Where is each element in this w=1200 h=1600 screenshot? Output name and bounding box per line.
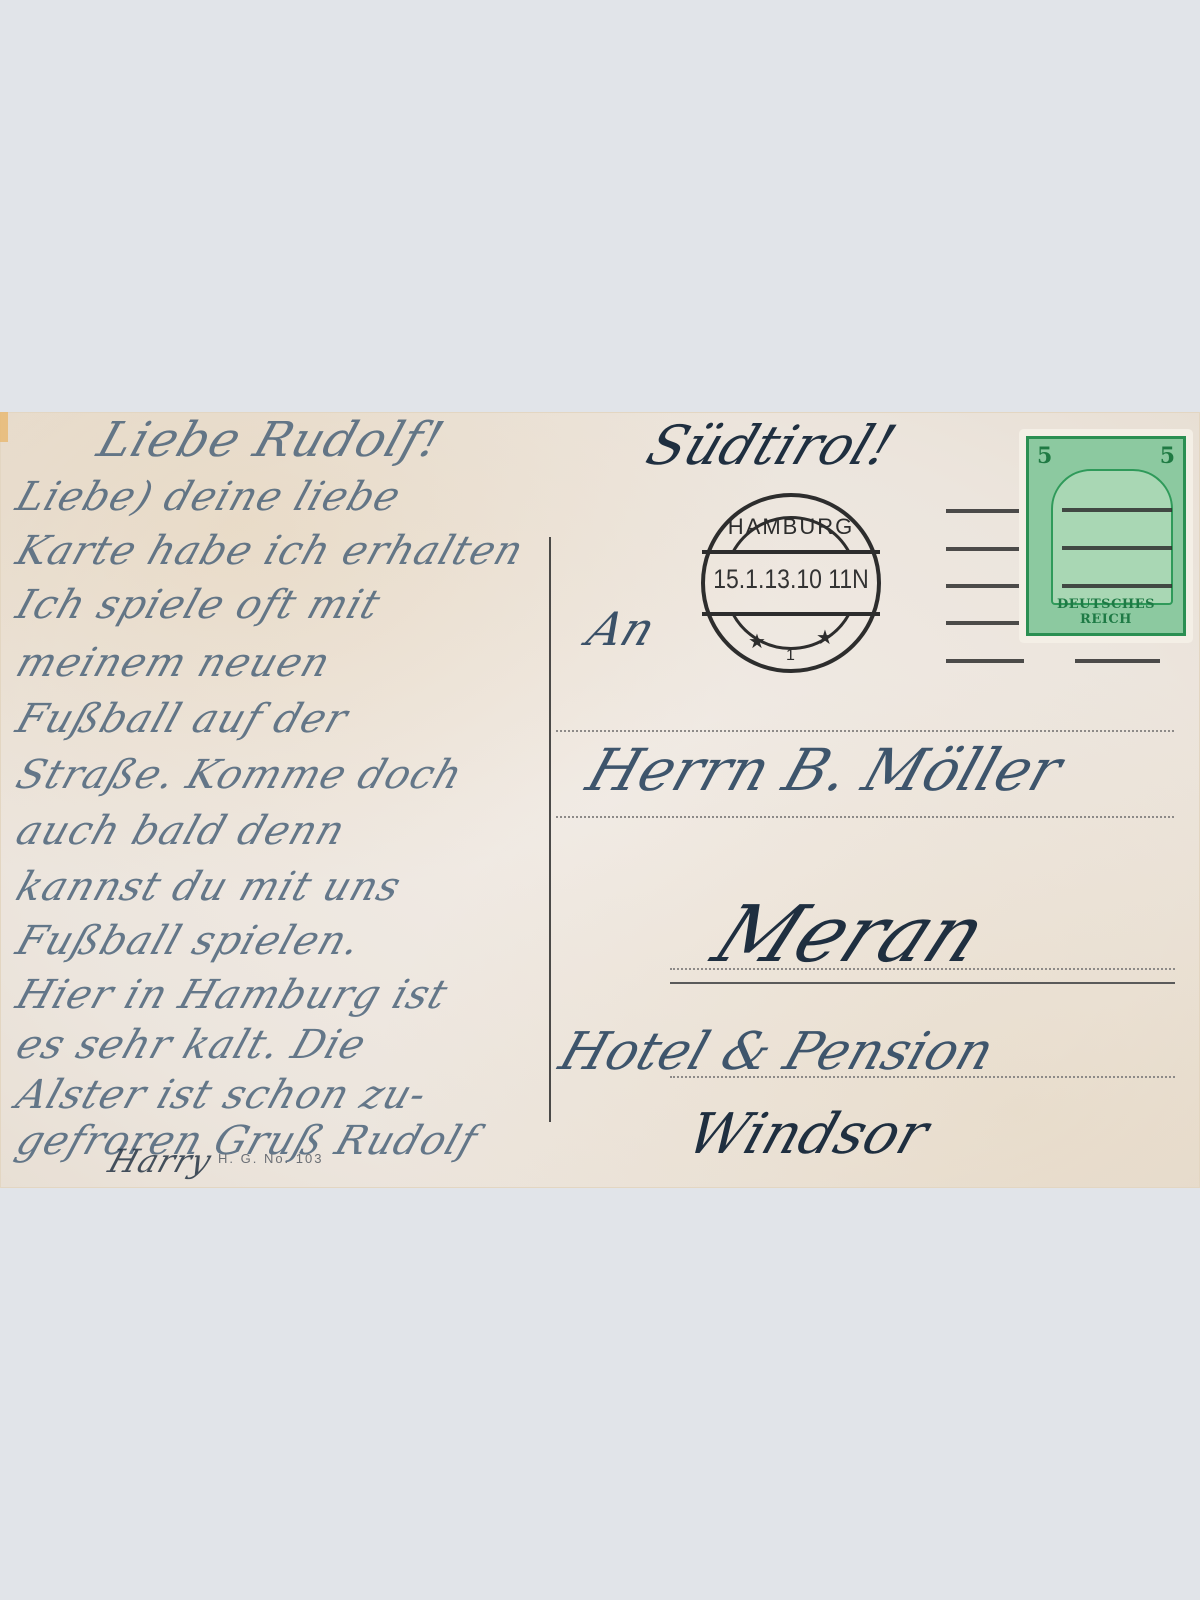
postmark-city: HAMBURG [728, 514, 854, 539]
message-line: Karte habe ich erhalten [11, 528, 530, 574]
city-name: Meran [700, 890, 1000, 980]
address-prefix: An [580, 602, 663, 656]
postmark-date: 15.1.13.10 11N [688, 564, 894, 595]
stamp-value-right: 5 [1160, 443, 1175, 469]
postage-stamp: 5 5 DEUTSCHES REICH [1022, 432, 1190, 640]
message-line: Hier in Hamburg ist [11, 972, 454, 1018]
star-icon: ★ [748, 629, 766, 653]
address-line-2 [556, 816, 1174, 818]
address-line-1 [556, 730, 1174, 732]
message-line: Ich spiele oft mit [11, 582, 387, 628]
recipient-name: Herrn B. Möller [579, 736, 1070, 804]
stamp-caption: DEUTSCHES REICH [1029, 597, 1183, 627]
street-name: Windsor [679, 1102, 936, 1167]
center-divider [549, 537, 551, 1122]
message-line: meinem neuen [11, 640, 337, 686]
message-signature: Harry [104, 1142, 217, 1180]
message-line: Fußball spielen. [11, 918, 367, 964]
message-line: Straße. Komme doch [11, 752, 469, 798]
address-line-3 [670, 968, 1175, 970]
postmark-district: 1 [786, 647, 795, 664]
stamp-value-left: 5 [1037, 443, 1052, 469]
region-heading: Südtirol! [639, 414, 905, 477]
message-line: es sehr kalt. Die [11, 1022, 373, 1068]
publisher-imprint: H. G. No. 103 [218, 1151, 323, 1166]
message-line: auch bald denn [11, 808, 352, 854]
postcard-back: Liebe Rudolf! Liebe) deine liebe Karte h… [0, 412, 1200, 1188]
city-underline [670, 982, 1175, 984]
star-icon: ★ [816, 625, 834, 649]
message-line: Alster ist schon zu- [11, 1072, 433, 1118]
message-salutation: Liebe Rudolf! [91, 412, 451, 468]
message-line: Liebe) deine liebe [11, 474, 407, 520]
stamp-frame: 5 5 DEUTSCHES REICH [1026, 436, 1186, 636]
message-line: Fußball auf der [11, 696, 354, 742]
message-line: kannst du mit uns [11, 864, 408, 910]
postmark: HAMBURG ★ ★ 1 15.1.13.10 11N [688, 490, 894, 676]
address-line-4 [670, 1076, 1175, 1078]
establishment-name: Hotel & Pension [552, 1022, 1001, 1082]
